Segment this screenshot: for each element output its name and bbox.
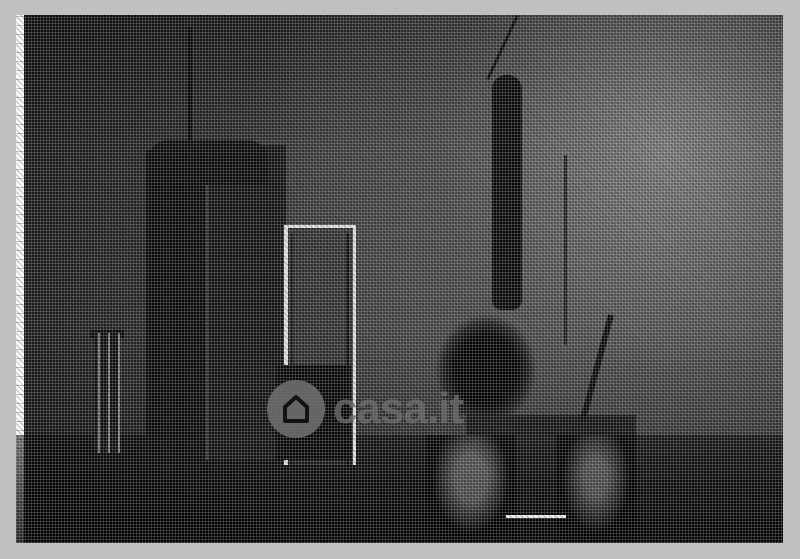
house-icon [281,393,311,425]
listing-photo [16,15,783,543]
wall-pipe [564,155,567,345]
lamp-cord [486,15,518,80]
side-stand [94,333,120,453]
hanging-lamp [492,75,522,310]
chair-right [556,435,636,543]
chair-back [580,314,614,422]
cabinet-divider [206,145,208,460]
chair-left [426,435,516,543]
cabinet-left [146,150,208,460]
watermark: casa.it [267,380,463,438]
chandelier [148,140,268,185]
light-reflection [506,515,566,518]
chandelier-rod [188,27,192,157]
floor-shadow [16,435,783,543]
watermark-logo [267,380,325,438]
watermark-text: casa.it [333,387,463,431]
table [466,415,636,435]
